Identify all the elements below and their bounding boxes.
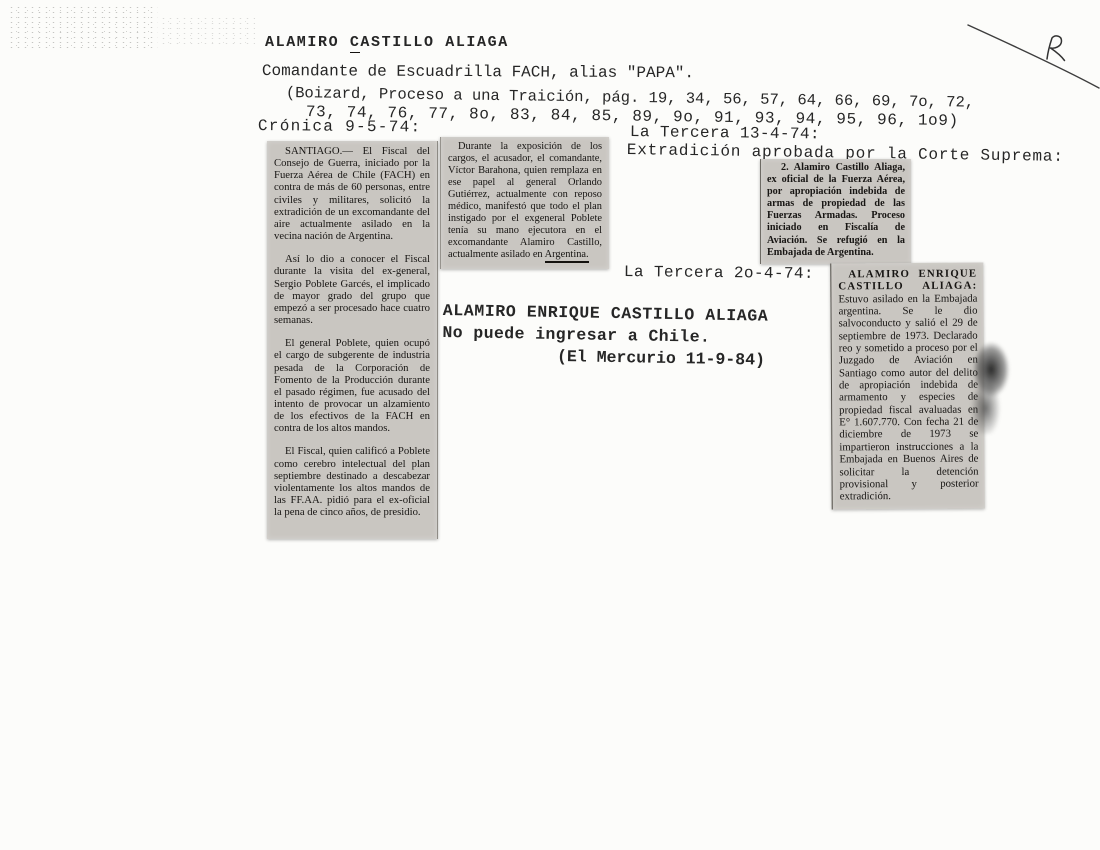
label-cronica-9-5-74: Crónica 9-5-74: (258, 117, 422, 136)
title-underlined-letter: C (350, 34, 361, 53)
handwritten-letter-r: R (1047, 36, 1065, 61)
news-paragraph: ALAMIRO ENRIQUE CASTILLO ALIAGA: Estuvo … (838, 268, 978, 503)
ink-smudge (968, 342, 1010, 434)
pen-stroke (968, 25, 1099, 88)
newspaper-clipping-small-right: 2. Alamiro Castillo Aliaga, ex oficial d… (760, 159, 911, 264)
news-paragraph: El general Poblete, quien ocupó el cargo… (274, 337, 430, 434)
title-part-1: ALAMIRO (265, 34, 350, 51)
news-paragraph: Así lo dio a conocer el Fiscal durante l… (274, 253, 430, 326)
scanner-noise-patch (160, 16, 255, 44)
newspaper-clipping-tall-right: ALAMIRO ENRIQUE CASTILLO ALIAGA: Estuvo … (830, 263, 984, 509)
newspaper-clipping-left: SANTIAGO.— El Fiscal del Consejo de Guer… (267, 141, 438, 539)
newspaper-clipping-middle: Durante la exposición de los cargos, el … (440, 137, 609, 269)
label-la-tercera-13-4-74: La Tercera 13-4-74: (630, 123, 820, 143)
news-paragraph: El Fiscal, quien calificó a Poblete como… (274, 445, 430, 518)
typed-note-status: No puede ingresar a Chile. (442, 323, 768, 348)
scanned-document-page: ALAMIRO CASTILLO ALIAGA Comandante de Es… (0, 0, 1100, 850)
title-part-2: ASTILLO ALIAGA (360, 34, 508, 51)
tall-clipping-text: Estuvo asilado en la Embajada argentina.… (838, 292, 978, 502)
scanner-noise-patch (8, 5, 158, 49)
underlined-argentina: Argentina. (545, 249, 589, 263)
middle-clipping-text: Durante la exposición de los cargos, el … (448, 141, 602, 260)
document-title: ALAMIRO CASTILLO ALIAGA (265, 34, 509, 51)
document-subtitle: Comandante de Escuadrilla FACH, alias "P… (262, 62, 694, 82)
clipping-lead-name: ALAMIRO ENRIQUE CASTILLO ALIAGA: (838, 268, 977, 293)
label-la-tercera-20-4-74: La Tercera 2o-4-74: (624, 263, 814, 283)
typed-note-block: ALAMIRO ENRIQUE CASTILLO ALIAGA No puede… (442, 301, 769, 364)
news-paragraph: Durante la exposición de los cargos, el … (448, 141, 602, 261)
handwritten-marks: R (940, 0, 1100, 100)
news-paragraph: 2. Alamiro Castillo Aliaga, ex oficial d… (767, 162, 905, 259)
typed-note-name: ALAMIRO ENRIQUE CASTILLO ALIAGA (443, 301, 769, 326)
news-paragraph: SANTIAGO.— El Fiscal del Consejo de Guer… (274, 145, 430, 242)
